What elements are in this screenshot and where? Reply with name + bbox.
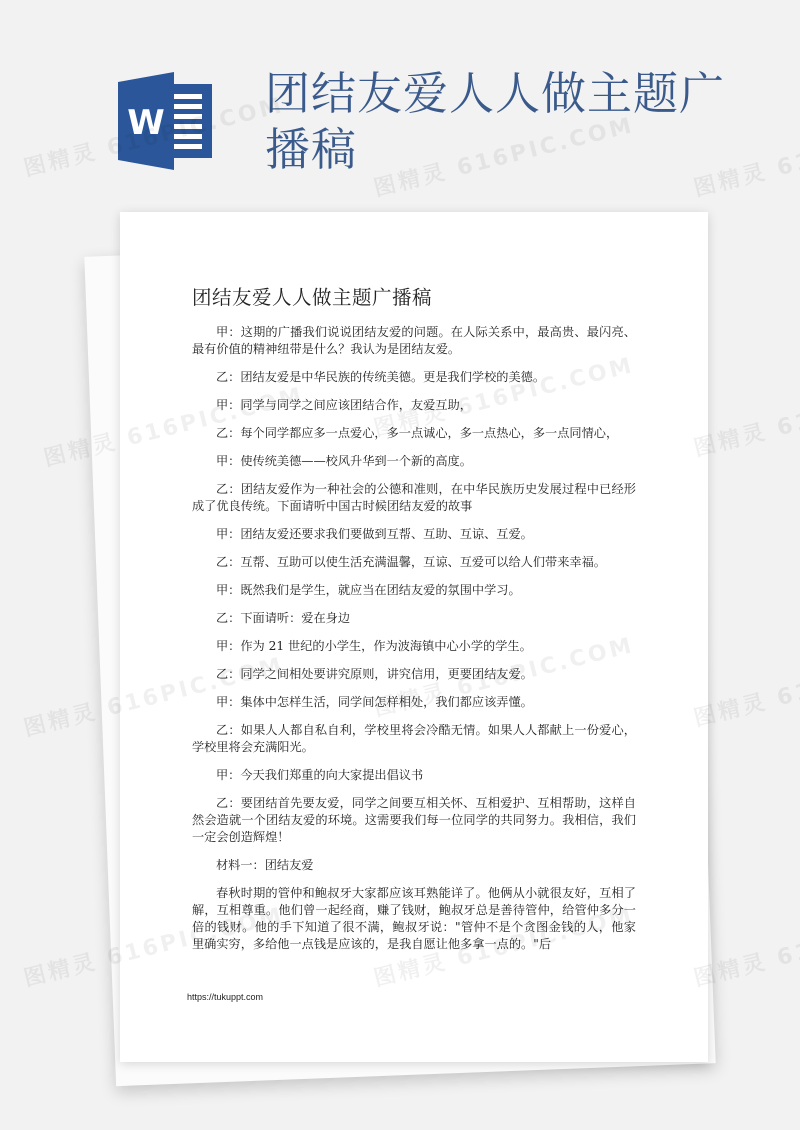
paragraph: 乙：下面请听：爱在身边: [192, 610, 636, 627]
paragraph: 乙：互帮、互助可以使生活充满温馨，互谅、互爱可以给人们带来幸福。: [192, 554, 636, 571]
paragraph: 甲：既然我们是学生，就应当在团结友爱的氛围中学习。: [192, 582, 636, 599]
paragraph: 乙：团结友爱作为一种社会的公德和准则，在中华民族历史发展过程中已经形成了优良传统…: [192, 481, 636, 515]
paragraph: 乙：要团结首先要友爱，同学之间要互相关怀、互相爱护、互相帮助，这样自然会造就一个…: [192, 795, 636, 846]
paragraph: 甲：同学与同学之间应该团结合作，友爱互助，: [192, 397, 636, 414]
paragraph: 春秋时期的管仲和鲍叔牙大家都应该耳熟能详了。他俩从小就很友好，互相了解，互相尊重…: [192, 885, 636, 953]
document-body: 甲：这期的广播我们说说团结友爱的问题。在人际关系中，最高贵、最闪亮、最有价值的精…: [192, 324, 636, 964]
paragraph: 甲：这期的广播我们说说团结友爱的问题。在人际关系中，最高贵、最闪亮、最有价值的精…: [192, 324, 636, 358]
paragraph: 乙：每个同学都应多一点爱心，多一点诚心，多一点热心，多一点同情心，: [192, 425, 636, 442]
paragraph: 甲：团结友爱还要求我们要做到互帮、互助、互谅、互爱。: [192, 526, 636, 543]
paragraph: 甲：使传统美德——校风升华到一个新的高度。: [192, 453, 636, 470]
paragraph: 甲：今天我们郑重的向大家提出倡议书: [192, 767, 636, 784]
paragraph: 材料一：团结友爱: [192, 857, 636, 874]
header-title: 团结友爱人人做主题广播稿: [265, 66, 725, 178]
document-title: 团结友爱人人做主题广播稿: [192, 282, 432, 310]
svg-text:W: W: [127, 103, 165, 143]
paragraph: 甲：作为 21 世纪的小学生，作为波海镇中心小学的学生。: [192, 638, 636, 655]
preview-header: W 团结友爱人人做主题广播稿: [0, 0, 800, 200]
paragraph: 乙：团结友爱是中华民族的传统美德。更是我们学校的美德。: [192, 369, 636, 386]
paragraph: 乙：同学之间相处要讲究原则，讲究信用，更要团结友爱。: [192, 666, 636, 683]
document-page: 团结友爱人人做主题广播稿 甲：这期的广播我们说说团结友爱的问题。在人际关系中，最…: [120, 212, 708, 1062]
word-document-icon: W: [110, 72, 214, 170]
paragraph: 乙：如果人人都自私自利，学校里将会冷酷无情。如果人人都献上一份爱心，学校里将会充…: [192, 722, 636, 756]
footer-url: https://tukuppt.com: [187, 992, 263, 1002]
paragraph: 甲：集体中怎样生活，同学间怎样相处，我们都应该弄懂。: [192, 694, 636, 711]
